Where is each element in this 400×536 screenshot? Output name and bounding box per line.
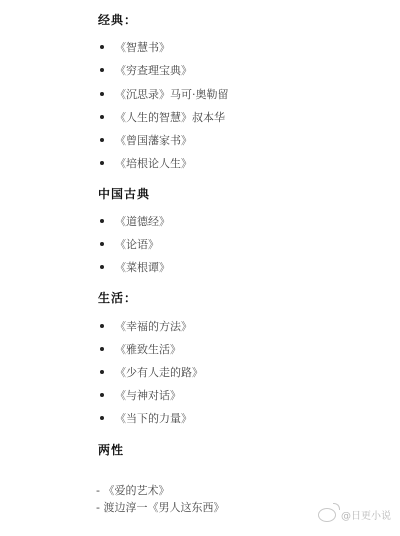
bullet-icon	[100, 416, 104, 420]
bullet-icon	[100, 219, 104, 223]
bullet-icon	[100, 242, 104, 246]
list-item: 《人生的智慧》叔本华	[98, 111, 225, 125]
list-item: 《智慧书》	[98, 41, 170, 55]
list-item: 《雅致生活》	[98, 343, 181, 357]
list-item: 《穷查理宝典》	[98, 64, 192, 78]
bullet-icon	[100, 324, 104, 328]
list-item: 《沉思录》马可·奥勒留	[98, 88, 229, 102]
dash-list-item: - 渡边淳一《男人这东西》	[96, 501, 224, 515]
bullet-icon	[100, 115, 104, 119]
list-item: 《与神对话》	[98, 389, 181, 403]
bullet-icon	[100, 347, 104, 351]
bullet-icon	[100, 161, 104, 165]
dash-list-item: - 《爱的艺术》	[96, 484, 169, 498]
list-item: 《论语》	[98, 238, 159, 252]
weibo-watermark: @日更小说	[318, 507, 391, 522]
section-heading-classics: 经典：	[98, 13, 137, 27]
bullet-icon	[100, 68, 104, 72]
list-item: 《幸福的方法》	[98, 320, 192, 334]
weibo-logo-icon	[318, 508, 336, 522]
list-item: 《培根论人生》	[98, 157, 192, 171]
section-heading-life: 生活：	[98, 291, 137, 305]
watermark-text: @日更小说	[341, 507, 391, 522]
bullet-icon	[100, 265, 104, 269]
list-item: 《当下的力量》	[98, 412, 192, 426]
bullet-icon	[100, 92, 104, 96]
bullet-icon	[100, 138, 104, 142]
list-item: 《少有人走的路》	[98, 366, 203, 380]
section-heading-gender: 两性	[98, 443, 124, 457]
bullet-icon	[100, 370, 104, 374]
section-heading-chinese-classics: 中国古典	[98, 187, 150, 201]
list-item: 《曾国藩家书》	[98, 134, 192, 148]
list-item: 《道德经》	[98, 215, 170, 229]
list-item: 《菜根谭》	[98, 261, 170, 275]
bullet-icon	[100, 393, 104, 397]
bullet-icon	[100, 45, 104, 49]
